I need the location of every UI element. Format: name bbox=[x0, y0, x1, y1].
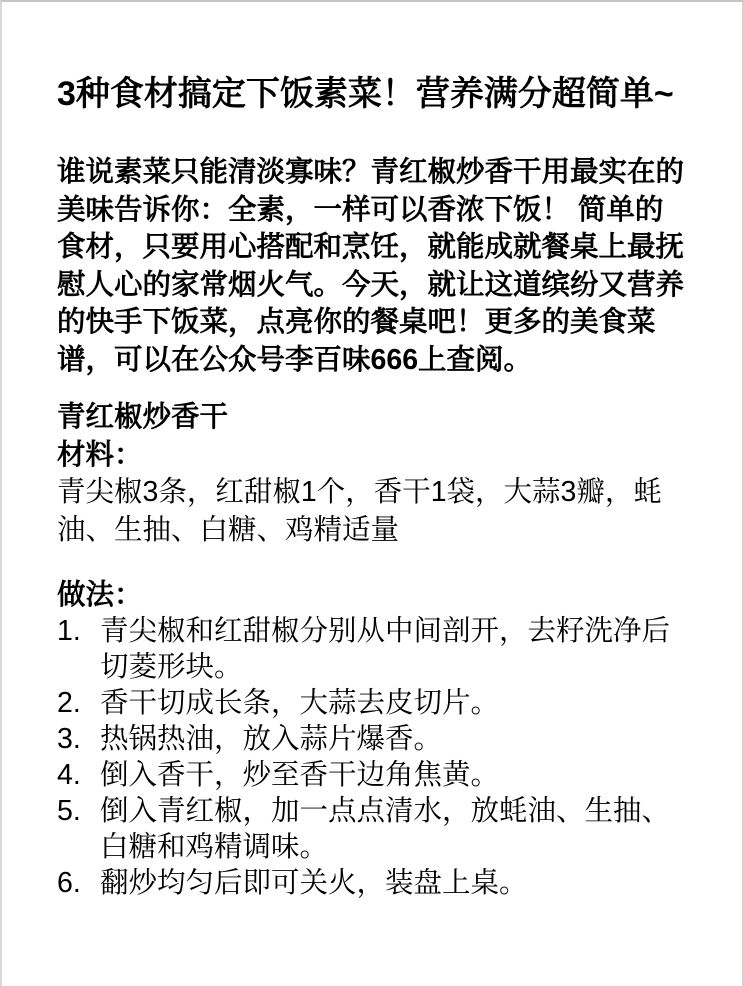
step-text: 倒入香干，炒至香干边角焦黄。 bbox=[100, 757, 690, 793]
ingredients-text: 青尖椒3条，红甜椒1个，香干1袋，大蒜3瓣，蚝油、生抽、白糖、鸡精适量 bbox=[57, 474, 690, 549]
step-text: 热锅热油，放入蒜片爆香。 bbox=[100, 721, 690, 757]
step-number: 1. bbox=[57, 613, 100, 649]
step-item: 3. 热锅热油，放入蒜片爆香。 bbox=[57, 721, 690, 757]
step-number: 6. bbox=[57, 865, 100, 901]
step-item: 4. 倒入香干，炒至香干边角焦黄。 bbox=[57, 757, 690, 793]
step-item: 5. 倒入青红椒，加一点点清水，放蚝油、生抽、白糖和鸡精调味。 bbox=[57, 793, 690, 865]
step-item: 6. 翻炒均匀后即可关火，装盘上桌。 bbox=[57, 865, 690, 901]
step-text: 青尖椒和红甜椒分别从中间剖开，去籽洗净后切菱形块。 bbox=[100, 613, 690, 685]
step-text: 香干切成长条，大蒜去皮切片。 bbox=[100, 685, 690, 721]
document-page: 3种食材搞定下饭素菜！营养满分超简单~ 谁说素菜只能清淡寡味？青红椒炒香干用最实… bbox=[0, 0, 744, 986]
step-number: 4. bbox=[57, 757, 100, 793]
ingredients-label: 材料： bbox=[57, 437, 690, 475]
step-number: 3. bbox=[57, 721, 100, 757]
step-item: 2. 香干切成长条，大蒜去皮切片。 bbox=[57, 685, 690, 721]
step-number: 5. bbox=[57, 793, 100, 829]
step-text: 倒入青红椒，加一点点清水，放蚝油、生抽、白糖和鸡精调味。 bbox=[100, 793, 690, 865]
article-title: 3种食材搞定下饭素菜！营养满分超简单~ bbox=[57, 74, 690, 114]
step-text: 翻炒均匀后即可关火，装盘上桌。 bbox=[100, 865, 690, 901]
steps-section: 做法： 1. 青尖椒和红甜椒分别从中间剖开，去籽洗净后切菱形块。 2. 香干切成… bbox=[57, 577, 690, 901]
step-number: 2. bbox=[57, 685, 100, 721]
step-item: 1. 青尖椒和红甜椒分别从中间剖开，去籽洗净后切菱形块。 bbox=[57, 613, 690, 685]
recipe-name: 青红椒炒香干 bbox=[57, 399, 690, 437]
article: 3种食材搞定下饭素菜！营养满分超简单~ 谁说素菜只能清淡寡味？青红椒炒香干用最实… bbox=[2, 2, 742, 901]
steps-label: 做法： bbox=[57, 577, 690, 613]
recipe-header: 青红椒炒香干 材料： 青尖椒3条，红甜椒1个，香干1袋，大蒜3瓣，蚝油、生抽、白… bbox=[57, 399, 690, 549]
intro-paragraph: 谁说素菜只能清淡寡味？青红椒炒香干用最实在的美味告诉你：全素，一样可以香浓下饭！… bbox=[57, 154, 690, 379]
